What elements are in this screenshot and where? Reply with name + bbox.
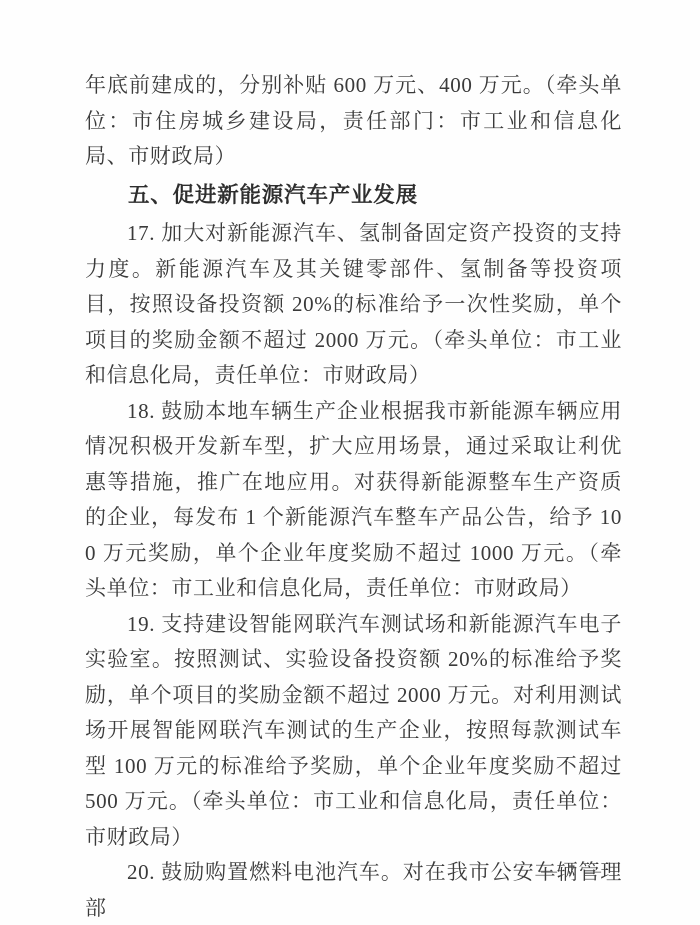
document-page: 年底前建成的，分别补贴 600 万元、400 万元。（牵头单位：市住房城乡建设局…: [0, 0, 700, 925]
paragraph-item-17: 17. 加大对新能源汽车、氢制备固定资产投资的支持力度。新能源汽车及其关键零部件…: [85, 216, 622, 394]
page-number: — 7 —: [541, 854, 604, 890]
section-heading-5: 五、促进新能源汽车产业发展: [85, 178, 622, 214]
paragraph-item-19: 19. 支持建设智能网联汽车测试场和新能源汽车电子实验室。按照测试、实验设备投资…: [85, 607, 622, 856]
paragraph-continuation: 年底前建成的，分别补贴 600 万元、400 万元。（牵头单位：市住房城乡建设局…: [85, 68, 622, 175]
paragraph-item-18: 18. 鼓励本地车辆生产企业根据我市新能源车辆应用情况积极开发新车型，扩大应用场…: [85, 394, 622, 607]
